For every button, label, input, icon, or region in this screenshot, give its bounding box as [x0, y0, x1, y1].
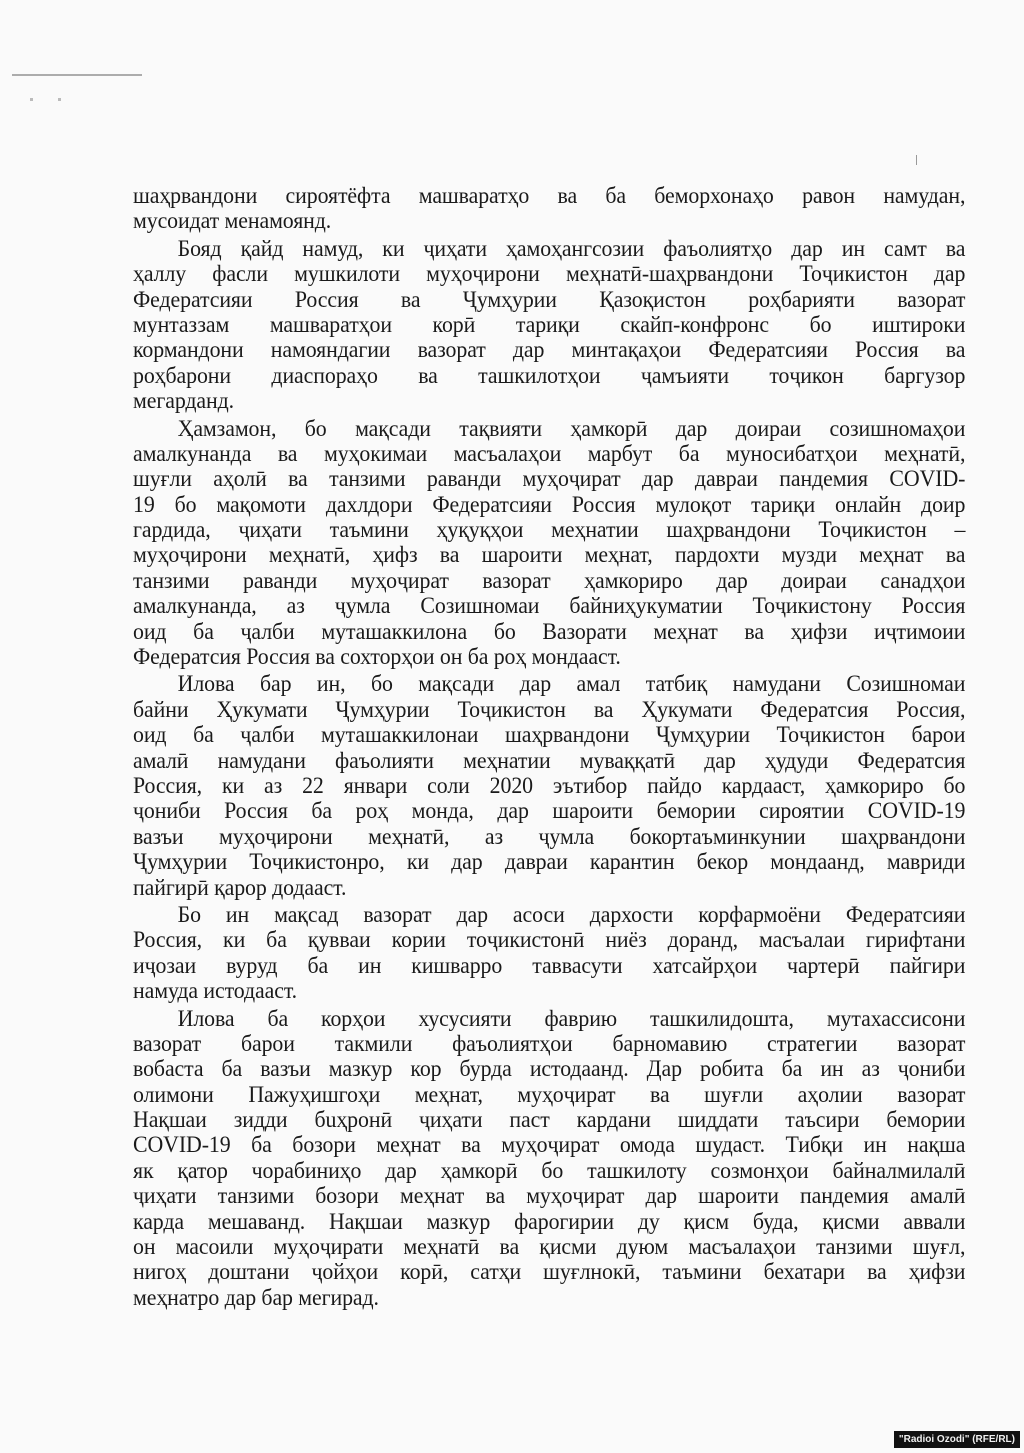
text-line: амалӣ намудани фаъолияти меҳнатии муваққ… [133, 749, 965, 774]
document-page: шаҳрвандони сироятёфта машваратҳо ва ба … [133, 184, 966, 1313]
text-line: ҳаллу фасли мушкилоти муҳоҷирони меҳнатӣ… [133, 262, 965, 287]
paragraph: Бояд қайд намуд, ки ҷиҳати ҳамоҳангсозии… [133, 237, 966, 415]
text-line: карда мешаванд. Нақшаи мазкур фарогирии … [133, 1210, 965, 1235]
text-line: вазорат барои такмили фаъолиятҳои барном… [133, 1032, 965, 1057]
paragraph: Ҳамзамон, бо мақсади тақвияти ҳамкорӣ да… [133, 417, 966, 671]
text-line: мунтаззам машваратҳои корӣ тариқи скайп-… [133, 313, 965, 338]
text-line: он масоили муҳоҷирати меҳнатӣ ва қисми д… [133, 1235, 965, 1260]
text-line: мусоидат менамоянд. [133, 209, 965, 234]
text-line: нигоҳ доштани ҷойҳои корӣ, сатҳи шуғлнок… [133, 1260, 965, 1285]
text-line: танзими раванди муҳоҷират вазорат ҳамкор… [133, 569, 965, 594]
text-line: байни Ҳукумати Ҷумҳурии Тоҷикистон ва Ҳу… [133, 698, 965, 723]
text-line: кормандони намояндагии вазорат дар минта… [133, 338, 965, 363]
photo-credit: "Radioi Ozodi" (RFE/RL) [894, 1431, 1020, 1448]
text-line: Федератсияи Россия ва Ҷумҳурии Қазоқисто… [133, 288, 965, 313]
scan-artifact-tick [916, 155, 917, 165]
paragraph: шаҳрвандони сироятёфта машваратҳо ва ба … [133, 184, 966, 235]
text-line: меҳнатро дар бар мегирад. [133, 1286, 965, 1311]
text-line: Ҷумҳурии Тоҷикистонро, ки дар давраи кар… [133, 850, 965, 875]
text-line: Ҳамзамон, бо мақсади тақвияти ҳамкорӣ да… [133, 417, 965, 442]
text-line: амалкунанда ва муҳокимаи масъалаҳои марб… [133, 442, 965, 467]
text-line: шуғли аҳолӣ ва танзими раванди муҳоҷират… [133, 467, 965, 492]
text-line: Илова ба корҳои хусусияти фаврию ташкили… [133, 1007, 965, 1032]
text-line: мегарданд. [133, 389, 965, 414]
text-line: вазъи муҳоҷирони меҳнатӣ, аз ҷумла бокор… [133, 825, 965, 850]
text-line: COVID-19 ба бозори меҳнат ва муҳоҷират о… [133, 1133, 965, 1158]
text-line: Федератсия Россия ва сохторҳои он ба роҳ… [133, 645, 965, 670]
text-line: пайгирӣ қарор додааст. [133, 876, 965, 901]
text-line: оид ба ҷалби муташаккилонаи шаҳрвандони … [133, 723, 965, 748]
text-line: Бо ин мақсад вазорат дар асоси дархости … [133, 903, 965, 928]
text-line: Бояд қайд намуд, ки ҷиҳати ҳамоҳангсозии… [133, 237, 965, 262]
text-line: ҷониби Россия ба роҳ монда, дар шароити … [133, 799, 965, 824]
text-line: амалкунанда, аз ҷумла Созишномаи байниҳу… [133, 594, 965, 619]
text-line: роҳбарони диаспораҳо ва ташкилотҳои ҷамъ… [133, 364, 965, 389]
text-line: як қатор чорабиниҳо дар ҳамкорӣ бо ташки… [133, 1159, 965, 1184]
text-line: олимони Пажуҳишгоҳи меҳнат, муҳоҷират ва… [133, 1083, 965, 1108]
text-line: оид ба ҷалби муташаккилона бо Вазорати м… [133, 620, 965, 645]
text-line: намуда истодааст. [133, 979, 965, 1004]
text-line: Илова бар ин, бо мақсади дар амал татбиқ… [133, 672, 965, 697]
text-line: Нақшаи зидди бuҳронӣ ҷиҳати паст кардани… [133, 1108, 965, 1133]
text-line: гардида, ҷиҳати таъмини ҳуқуқҳои меҳнати… [133, 518, 965, 543]
paragraph: Бо ин мақсад вазорат дар асоси дархости … [133, 903, 966, 1005]
text-line: иҷозаи вуруд ба ин кишварро таввасути ха… [133, 954, 965, 979]
paragraph: Илова ба корҳои хусусияти фаврию ташкили… [133, 1007, 966, 1312]
paragraph: Илова бар ин, бо мақсади дар амал татбиқ… [133, 672, 966, 901]
scan-artifact-line [12, 74, 142, 76]
text-line: 19 бо мақомоти дахлдори Федератсияи Росс… [133, 493, 965, 518]
text-line: вобаста ба вазъи мазкур кор бурда истода… [133, 1057, 965, 1082]
text-line: шаҳрвандони сироятёфта машваратҳо ва ба … [133, 184, 965, 209]
text-line: Россия, ки ба қувваи кории тоҷикистонӣ н… [133, 928, 965, 953]
text-line: муҳоҷирони меҳнатӣ, ҳифз ва шароити меҳн… [133, 543, 965, 568]
text-line: Россия, ки аз 22 январи соли 2020 эътибо… [133, 774, 965, 799]
text-line: ҷиҳати танзими бозори меҳнат ва муҳоҷира… [133, 1184, 965, 1209]
scan-artifact-marks [30, 98, 60, 102]
